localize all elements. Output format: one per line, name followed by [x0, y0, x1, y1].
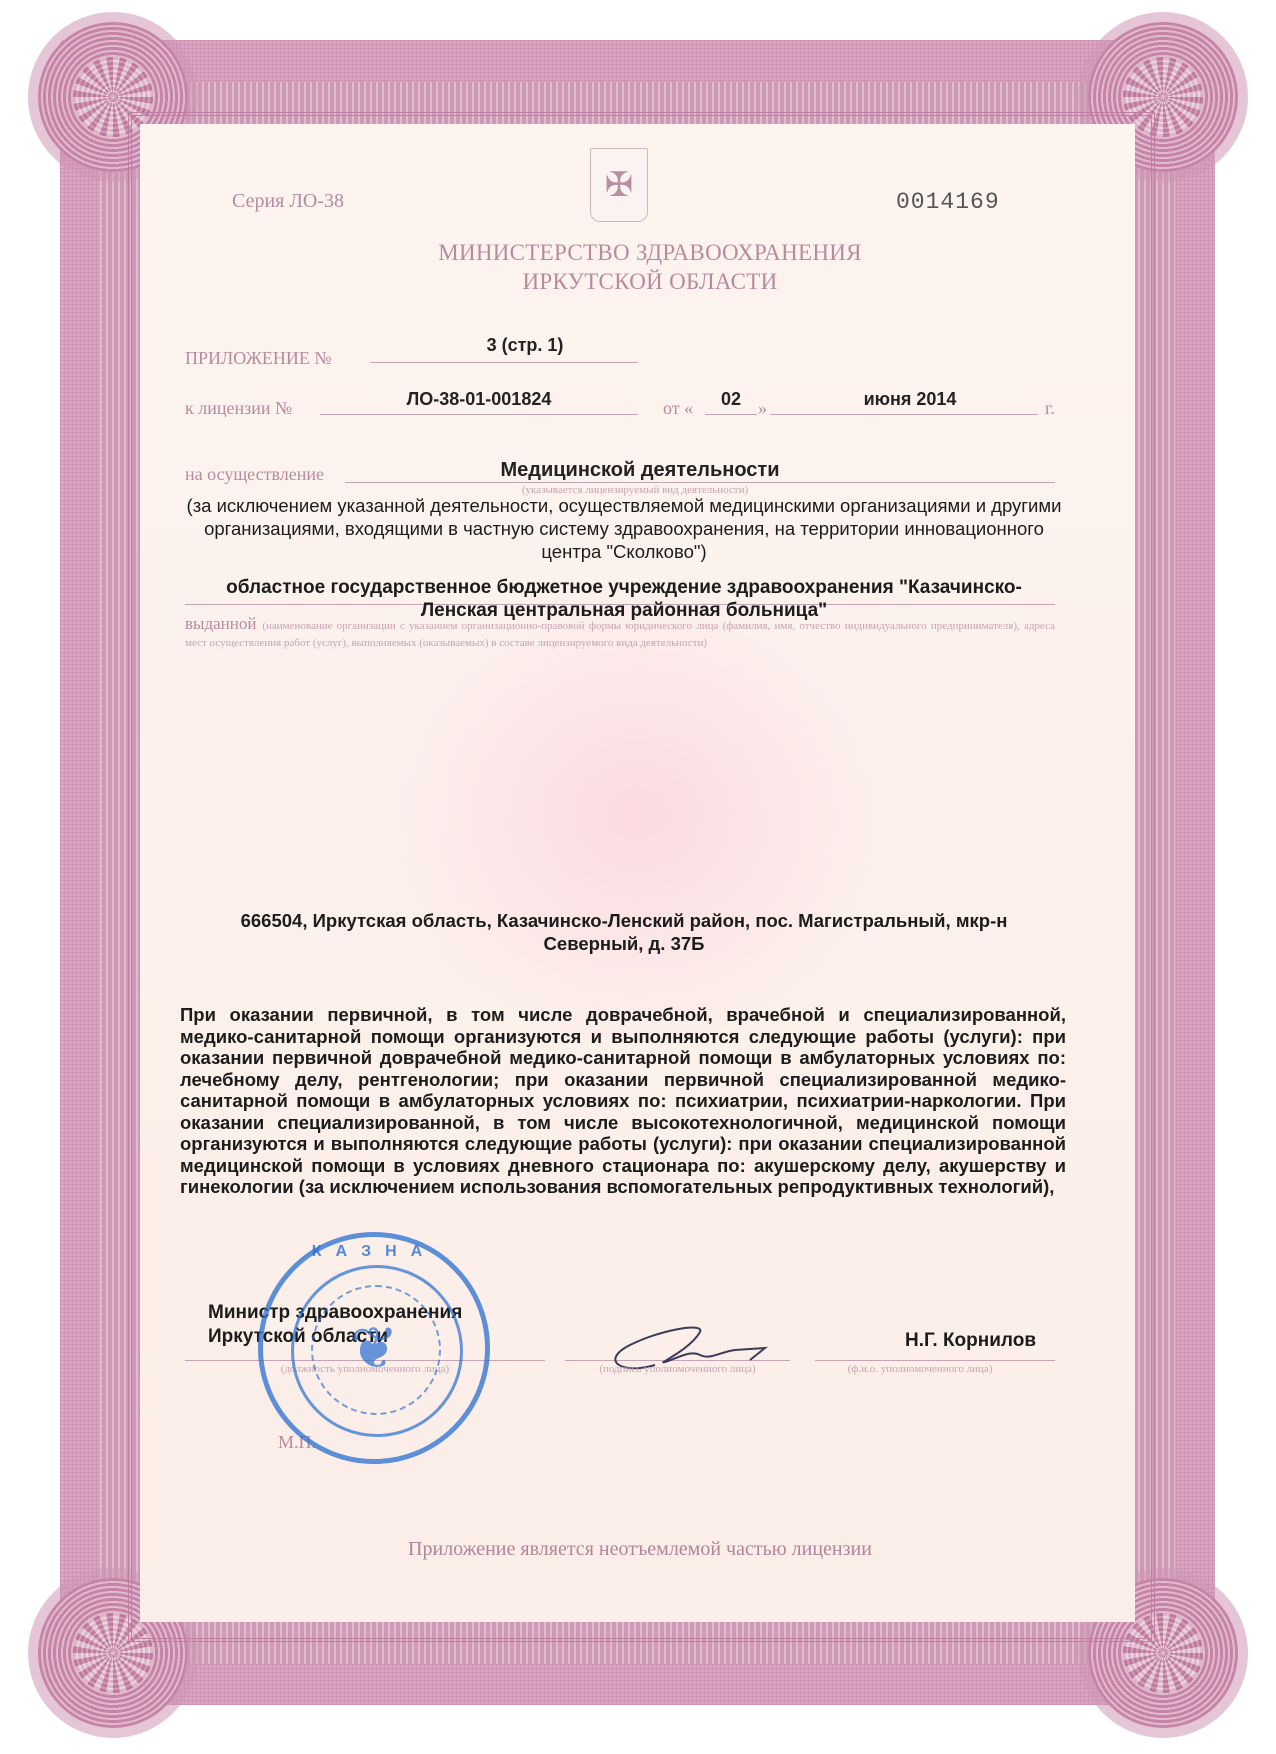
official-stamp: КАЗНА ❦ — [258, 1232, 490, 1464]
month-underline — [770, 414, 1038, 415]
appendix-number: 3 (стр. 1) — [370, 335, 680, 356]
name-underline — [815, 1360, 1055, 1361]
activity-exception-text: (за исключением указанной деятельности, … — [178, 494, 1070, 563]
signer-name: Н.Г. Корнилов — [905, 1330, 1036, 1352]
issued-hint: (наименование организации с указанием ор… — [185, 620, 1055, 649]
day-underline — [705, 414, 757, 415]
appendix-label: ПРИЛОЖЕНИЕ № — [185, 348, 332, 369]
services-text: При оказании первичной, в том числе довр… — [180, 1004, 1066, 1198]
series-label: Серия ЛО-38 — [232, 190, 344, 213]
issued-block: выданной (наименование организации с ука… — [185, 616, 1055, 651]
stamp-eagle-icon: ❦ — [263, 1237, 485, 1459]
license-day: 02 — [705, 389, 757, 410]
license-label: к лицензии № — [185, 398, 292, 419]
ministry-title-line2: ИРКУТСКОЙ ОБЛАСТИ — [300, 269, 1000, 295]
appendix-underline — [370, 362, 638, 363]
name-hint: (ф.и.о. уполномоченного лица) — [815, 1363, 1025, 1375]
address-line2: Северный, д. 37Б — [178, 933, 1070, 955]
activity-value: Медицинской деятельности — [345, 459, 1055, 482]
date-close-quote: » — [758, 398, 767, 419]
license-number: ЛО-38-01-001824 — [320, 389, 638, 410]
coat-of-arms-icon: ✠ — [590, 148, 648, 222]
signature-hint: (подпись уполномоченного лица) — [565, 1363, 790, 1375]
ministry-title-line1: МИНИСТЕРСТВО ЗДРАВООХРАНЕНИЯ — [300, 240, 1000, 266]
activity-label: на осуществление — [185, 464, 324, 485]
activity-underline — [345, 482, 1055, 483]
serial-number: 0014169 — [896, 189, 1000, 215]
footer-note: Приложение является неотъемлемой частью … — [320, 1538, 960, 1561]
address-line1: 666504, Иркутская область, Казачинско-Ле… — [178, 910, 1070, 932]
license-underline — [320, 414, 638, 415]
organization-name-line1: областное государственное бюджетное учре… — [178, 577, 1070, 599]
date-from-label: от « — [663, 398, 693, 419]
license-month-year: июня 2014 — [800, 389, 1020, 410]
issued-label: выданной — [185, 614, 256, 633]
year-suffix: г. — [1045, 398, 1055, 419]
